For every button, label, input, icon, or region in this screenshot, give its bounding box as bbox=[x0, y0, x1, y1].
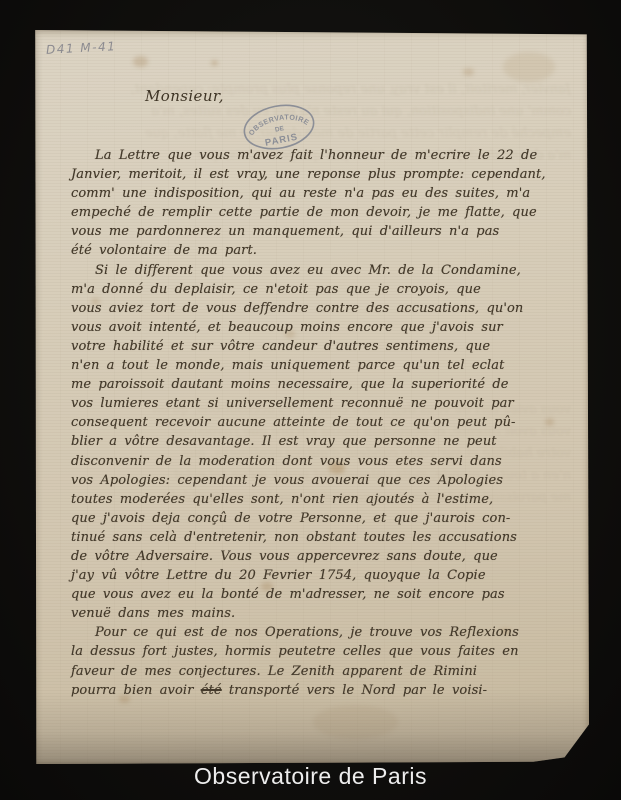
manuscript-line: vous avoit intenté, et beaucoup moins en… bbox=[71, 320, 583, 339]
stamp-text-top: OBSERVATOIRE bbox=[244, 107, 312, 138]
archival-shelfmark: D41 M-41 bbox=[46, 39, 117, 57]
manuscript-line: de vôtre Adversaire. Vous vous appercevr… bbox=[71, 549, 583, 568]
line-segment: pourra bien avoir bbox=[71, 683, 201, 698]
manuscript-line: toutes moderées qu'elles sont, n'ont rie… bbox=[71, 492, 583, 511]
struck-word: été bbox=[201, 683, 222, 698]
manuscript-line: disconvenir de la moderation dont vous v… bbox=[71, 454, 583, 473]
manuscript-line: me paroissoit dautant moins necessaire, … bbox=[71, 377, 583, 396]
manuscript-line: que j'avois deja conçû de votre Personne… bbox=[71, 511, 583, 530]
manuscript-line: m'a donné du deplaisir, ce n'etoit pas q… bbox=[71, 282, 583, 301]
stamp-text-bottom: PARIS bbox=[264, 132, 299, 149]
manuscript-line: votre habilité et sur vôtre candeur d'au… bbox=[71, 339, 583, 358]
manuscript-line: Janvier, meritoit, il est vray, une repo… bbox=[71, 167, 583, 186]
manuscript-line: été volontaire de ma part. bbox=[71, 243, 583, 262]
manuscript-line: blier a vôtre desavantage. Il est vray q… bbox=[71, 434, 583, 453]
manuscript-line: vos Apologies: cependant je vous avouera… bbox=[71, 473, 583, 492]
line-segment: transporté vers le Nord par le voisi- bbox=[222, 683, 487, 698]
manuscript-line: que vous avez eu la bonté de m'adresser,… bbox=[71, 587, 583, 606]
foxing-spot bbox=[133, 56, 148, 67]
manuscript-line: tinué sans celà d'entretenir, non obstan… bbox=[71, 530, 583, 549]
caption-text: Observatoire de Paris bbox=[0, 763, 621, 790]
manuscript-line: comm' une indisposition, qui au reste n'… bbox=[71, 186, 583, 205]
foxing-spot bbox=[503, 52, 555, 82]
stamp-text-middle: DE bbox=[274, 125, 285, 134]
manuscript-line: La Lettre que vous m'avez fait l'honneur… bbox=[71, 148, 583, 167]
manuscript-line: vos lumieres etant si universellement re… bbox=[71, 396, 583, 415]
manuscript-line: empeché de remplir cette partie de mon d… bbox=[71, 205, 583, 224]
manuscript-page: Janvier, meritoit, il est vray, une repo… bbox=[33, 30, 589, 764]
manuscript-line: vous aviez tort de vous deffendre contre… bbox=[71, 301, 583, 320]
manuscript-line: Si le different que vous avez eu avec Mr… bbox=[71, 263, 583, 282]
manuscript-line: n'en a tout le monde, mais uniquement pa… bbox=[71, 358, 583, 377]
foxing-spot bbox=[463, 68, 474, 76]
manuscript-line: venuë dans mes mains. bbox=[71, 606, 583, 625]
foxing-spot bbox=[313, 705, 398, 739]
manuscript-line-with-strikethrough: pourra bien avoir été transporté vers le… bbox=[71, 683, 583, 702]
manuscript-line: Pour ce qui est de nos Operations, je tr… bbox=[71, 625, 583, 644]
photo-background: Janvier, meritoit, il est vray, une repo… bbox=[0, 0, 621, 800]
svg-text:OBSERVATOIRE: OBSERVATOIRE bbox=[244, 107, 312, 138]
letter-body: La Lettre que vous m'avez fait l'honneur… bbox=[71, 148, 583, 702]
manuscript-line: la dessus fort justes, hormis peutetre c… bbox=[71, 644, 583, 663]
manuscript-line: j'ay vû vôtre Lettre du 20 Fevrier 1754,… bbox=[71, 568, 583, 587]
foxing-spot bbox=[211, 60, 218, 66]
salutation: Monsieur, bbox=[145, 87, 224, 105]
manuscript-line: consequent recevoir aucune atteinte de t… bbox=[71, 415, 583, 434]
manuscript-line: vous me pardonnerez un manquement, qui d… bbox=[71, 224, 583, 243]
manuscript-line: faveur de mes conjectures. Le Zenith app… bbox=[71, 664, 583, 683]
